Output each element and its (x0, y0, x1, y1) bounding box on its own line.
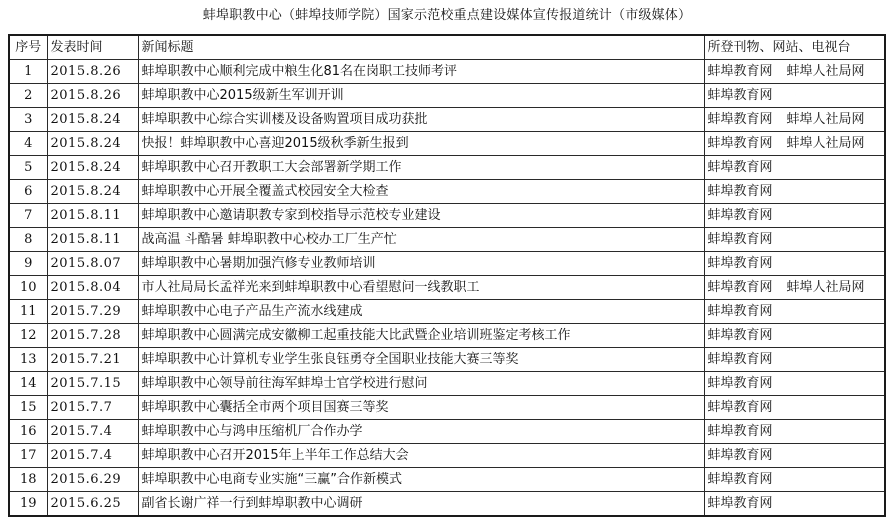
row-date: 2015.8.24 (47, 156, 138, 180)
row-media: 蚌埠教育网 (704, 300, 885, 324)
table-row: 15 2015.7.7 蚌埠职教中心囊括全市两个项目国赛三等奖 蚌埠教育网 (9, 396, 885, 420)
header-date: 发表时间 (47, 35, 138, 60)
row-number: 12 (9, 324, 47, 348)
row-media: 蚌埠教育网 (704, 372, 885, 396)
row-headline: 蚌埠职教中心电子产品生产流水线建成 (138, 300, 704, 324)
table-row: 12 2015.7.28 蚌埠职教中心圆满完成安徽柳工起重技能大比武暨企业培训班… (9, 324, 885, 348)
row-headline: 蚌埠职教中心2015级新生军训开训 (138, 84, 704, 108)
row-number: 16 (9, 420, 47, 444)
row-headline: 蚌埠职教中心圆满完成安徽柳工起重技能大比武暨企业培训班鉴定考核工作 (138, 324, 704, 348)
table-row: 1 2015.8.26 蚌埠职教中心顺利完成中粮生化81名在岗职工技师考评 蚌埠… (9, 60, 885, 84)
media-outlet-primary: 蚌埠教育网 (708, 328, 773, 343)
row-media: 蚌埠教育网 (704, 180, 885, 204)
media-outlet-primary: 蚌埠教育网 (708, 256, 773, 271)
table-row: 3 2015.8.24 蚌埠职教中心综合实训楼及设备购置项目成功获批 蚌埠教育网… (9, 108, 885, 132)
header-headline: 新闻标题 (138, 35, 704, 60)
row-number: 7 (9, 204, 47, 228)
media-outlet-primary: 蚌埠教育网 (708, 448, 773, 463)
row-number: 17 (9, 444, 47, 468)
row-headline: 战高温 斗酷暑 蚌埠职教中心校办工厂生产忙 (138, 228, 704, 252)
row-number: 14 (9, 372, 47, 396)
row-media: 蚌埠教育网 (704, 492, 885, 517)
table-row: 16 2015.7.4 蚌埠职教中心与鸿申压缩机厂合作办学 蚌埠教育网 (9, 420, 885, 444)
row-date: 2015.8.11 (47, 204, 138, 228)
row-headline: 蚌埠职教中心领导前往海军蚌埠士官学校进行慰问 (138, 372, 704, 396)
table-row: 7 2015.8.11 蚌埠职教中心邀请职教专家到校指导示范校专业建设 蚌埠教育… (9, 204, 885, 228)
media-outlet-primary: 蚌埠教育网 (708, 352, 773, 367)
table-row: 6 2015.8.24 蚌埠职教中心开展全覆盖式校园安全大检查 蚌埠教育网 (9, 180, 885, 204)
media-outlet-primary: 蚌埠教育网 (708, 400, 773, 415)
row-number: 15 (9, 396, 47, 420)
row-headline: 蚌埠职教中心计算机专业学生张良钰勇夺全国职业技能大赛三等奖 (138, 348, 704, 372)
media-outlet-primary: 蚌埠教育网 (708, 136, 773, 151)
row-date: 2015.8.24 (47, 108, 138, 132)
row-media: 蚌埠教育网 (704, 324, 885, 348)
table-row: 10 2015.8.04 市人社局局长孟祥光来到蚌埠职教中心看望慰问一线教职工 … (9, 276, 885, 300)
row-number: 19 (9, 492, 47, 517)
row-headline: 蚌埠职教中心顺利完成中粮生化81名在岗职工技师考评 (138, 60, 704, 84)
media-outlet-secondary: 蚌埠人社局网 (787, 112, 865, 127)
table-row: 18 2015.6.29 蚌埠职教中心电商专业实施“三赢”合作新模式 蚌埠教育网 (9, 468, 885, 492)
row-media: 蚌埠教育网蚌埠人社局网 (704, 276, 885, 300)
row-headline: 蚌埠职教中心综合实训楼及设备购置项目成功获批 (138, 108, 704, 132)
row-date: 2015.6.29 (47, 468, 138, 492)
media-outlet-primary: 蚌埠教育网 (708, 88, 773, 103)
row-headline: 蚌埠职教中心与鸿申压缩机厂合作办学 (138, 420, 704, 444)
header-media: 所登刊物、网站、电视台 (704, 35, 885, 60)
row-headline: 蚌埠职教中心电商专业实施“三赢”合作新模式 (138, 468, 704, 492)
row-headline: 快报！蚌埠职教中心喜迎2015级秋季新生报到 (138, 132, 704, 156)
row-date: 2015.8.04 (47, 276, 138, 300)
document-title: 蚌埠职教中心（蚌埠技师学院）国家示范校重点建设媒体宣传报道统计（市级媒体） (0, 6, 894, 26)
row-date: 2015.7.7 (47, 396, 138, 420)
media-outlet-primary: 蚌埠教育网 (708, 376, 773, 391)
row-media: 蚌埠教育网 (704, 204, 885, 228)
row-date: 2015.7.28 (47, 324, 138, 348)
media-outlet-primary: 蚌埠教育网 (708, 232, 773, 247)
row-number: 3 (9, 108, 47, 132)
media-report-table: 序号 发表时间 新闻标题 所登刊物、网站、电视台 1 2015.8.26 蚌埠职… (8, 34, 886, 517)
media-outlet-primary: 蚌埠教育网 (708, 112, 773, 127)
row-date: 2015.7.21 (47, 348, 138, 372)
row-date: 2015.6.25 (47, 492, 138, 517)
row-date: 2015.7.4 (47, 420, 138, 444)
media-outlet-secondary: 蚌埠人社局网 (787, 136, 865, 151)
row-headline: 蚌埠职教中心囊括全市两个项目国赛三等奖 (138, 396, 704, 420)
media-outlet-secondary: 蚌埠人社局网 (787, 64, 865, 79)
table-row: 9 2015.8.07 蚌埠职教中心暑期加强汽修专业教师培训 蚌埠教育网 (9, 252, 885, 276)
row-number: 4 (9, 132, 47, 156)
row-headline: 副省长谢广祥一行到蚌埠职教中心调研 (138, 492, 704, 517)
row-number: 18 (9, 468, 47, 492)
row-date: 2015.8.24 (47, 132, 138, 156)
row-media: 蚌埠教育网 (704, 228, 885, 252)
media-outlet-primary: 蚌埠教育网 (708, 424, 773, 439)
row-media: 蚌埠教育网 (704, 348, 885, 372)
table-row: 2 2015.8.26 蚌埠职教中心2015级新生军训开训 蚌埠教育网 (9, 84, 885, 108)
row-media: 蚌埠教育网 (704, 252, 885, 276)
header-no: 序号 (9, 35, 47, 60)
row-media: 蚌埠教育网 (704, 396, 885, 420)
media-outlet-primary: 蚌埠教育网 (708, 496, 773, 511)
media-outlet-primary: 蚌埠教育网 (708, 280, 773, 295)
row-number: 2 (9, 84, 47, 108)
row-number: 5 (9, 156, 47, 180)
row-date: 2015.7.15 (47, 372, 138, 396)
row-date: 2015.8.26 (47, 60, 138, 84)
media-outlet-primary: 蚌埠教育网 (708, 64, 773, 79)
row-media: 蚌埠教育网 (704, 84, 885, 108)
row-media: 蚌埠教育网蚌埠人社局网 (704, 108, 885, 132)
row-media: 蚌埠教育网 (704, 468, 885, 492)
row-headline: 蚌埠职教中心开展全覆盖式校园安全大检查 (138, 180, 704, 204)
row-date: 2015.8.26 (47, 84, 138, 108)
table-row: 8 2015.8.11 战高温 斗酷暑 蚌埠职教中心校办工厂生产忙 蚌埠教育网 (9, 228, 885, 252)
table-row: 13 2015.7.21 蚌埠职教中心计算机专业学生张良钰勇夺全国职业技能大赛三… (9, 348, 885, 372)
row-number: 9 (9, 252, 47, 276)
row-headline: 蚌埠职教中心邀请职教专家到校指导示范校专业建设 (138, 204, 704, 228)
row-number: 8 (9, 228, 47, 252)
row-date: 2015.8.07 (47, 252, 138, 276)
media-outlet-primary: 蚌埠教育网 (708, 160, 773, 175)
row-media: 蚌埠教育网 (704, 156, 885, 180)
row-date: 2015.7.4 (47, 444, 138, 468)
media-outlet-secondary: 蚌埠人社局网 (787, 280, 865, 295)
header-row: 序号 发表时间 新闻标题 所登刊物、网站、电视台 (9, 35, 885, 60)
media-outlet-primary: 蚌埠教育网 (708, 304, 773, 319)
row-number: 13 (9, 348, 47, 372)
table-row: 11 2015.7.29 蚌埠职教中心电子产品生产流水线建成 蚌埠教育网 (9, 300, 885, 324)
row-date: 2015.8.24 (47, 180, 138, 204)
row-number: 10 (9, 276, 47, 300)
row-headline: 市人社局局长孟祥光来到蚌埠职教中心看望慰问一线教职工 (138, 276, 704, 300)
row-headline: 蚌埠职教中心召开2015年上半年工作总结大会 (138, 444, 704, 468)
table-row: 5 2015.8.24 蚌埠职教中心召开教职工大会部署新学期工作 蚌埠教育网 (9, 156, 885, 180)
row-headline: 蚌埠职教中心暑期加强汽修专业教师培训 (138, 252, 704, 276)
row-media: 蚌埠教育网蚌埠人社局网 (704, 60, 885, 84)
table-row: 4 2015.8.24 快报！蚌埠职教中心喜迎2015级秋季新生报到 蚌埠教育网… (9, 132, 885, 156)
row-headline: 蚌埠职教中心召开教职工大会部署新学期工作 (138, 156, 704, 180)
table-row: 14 2015.7.15 蚌埠职教中心领导前往海军蚌埠士官学校进行慰问 蚌埠教育… (9, 372, 885, 396)
row-date: 2015.7.29 (47, 300, 138, 324)
row-media: 蚌埠教育网蚌埠人社局网 (704, 132, 885, 156)
media-outlet-primary: 蚌埠教育网 (708, 208, 773, 223)
table-row: 17 2015.7.4 蚌埠职教中心召开2015年上半年工作总结大会 蚌埠教育网 (9, 444, 885, 468)
row-media: 蚌埠教育网 (704, 444, 885, 468)
media-outlet-primary: 蚌埠教育网 (708, 184, 773, 199)
table-row: 19 2015.6.25 副省长谢广祥一行到蚌埠职教中心调研 蚌埠教育网 (9, 492, 885, 517)
media-outlet-primary: 蚌埠教育网 (708, 472, 773, 487)
row-media: 蚌埠教育网 (704, 420, 885, 444)
row-number: 6 (9, 180, 47, 204)
row-number: 1 (9, 60, 47, 84)
row-date: 2015.8.11 (47, 228, 138, 252)
row-number: 11 (9, 300, 47, 324)
